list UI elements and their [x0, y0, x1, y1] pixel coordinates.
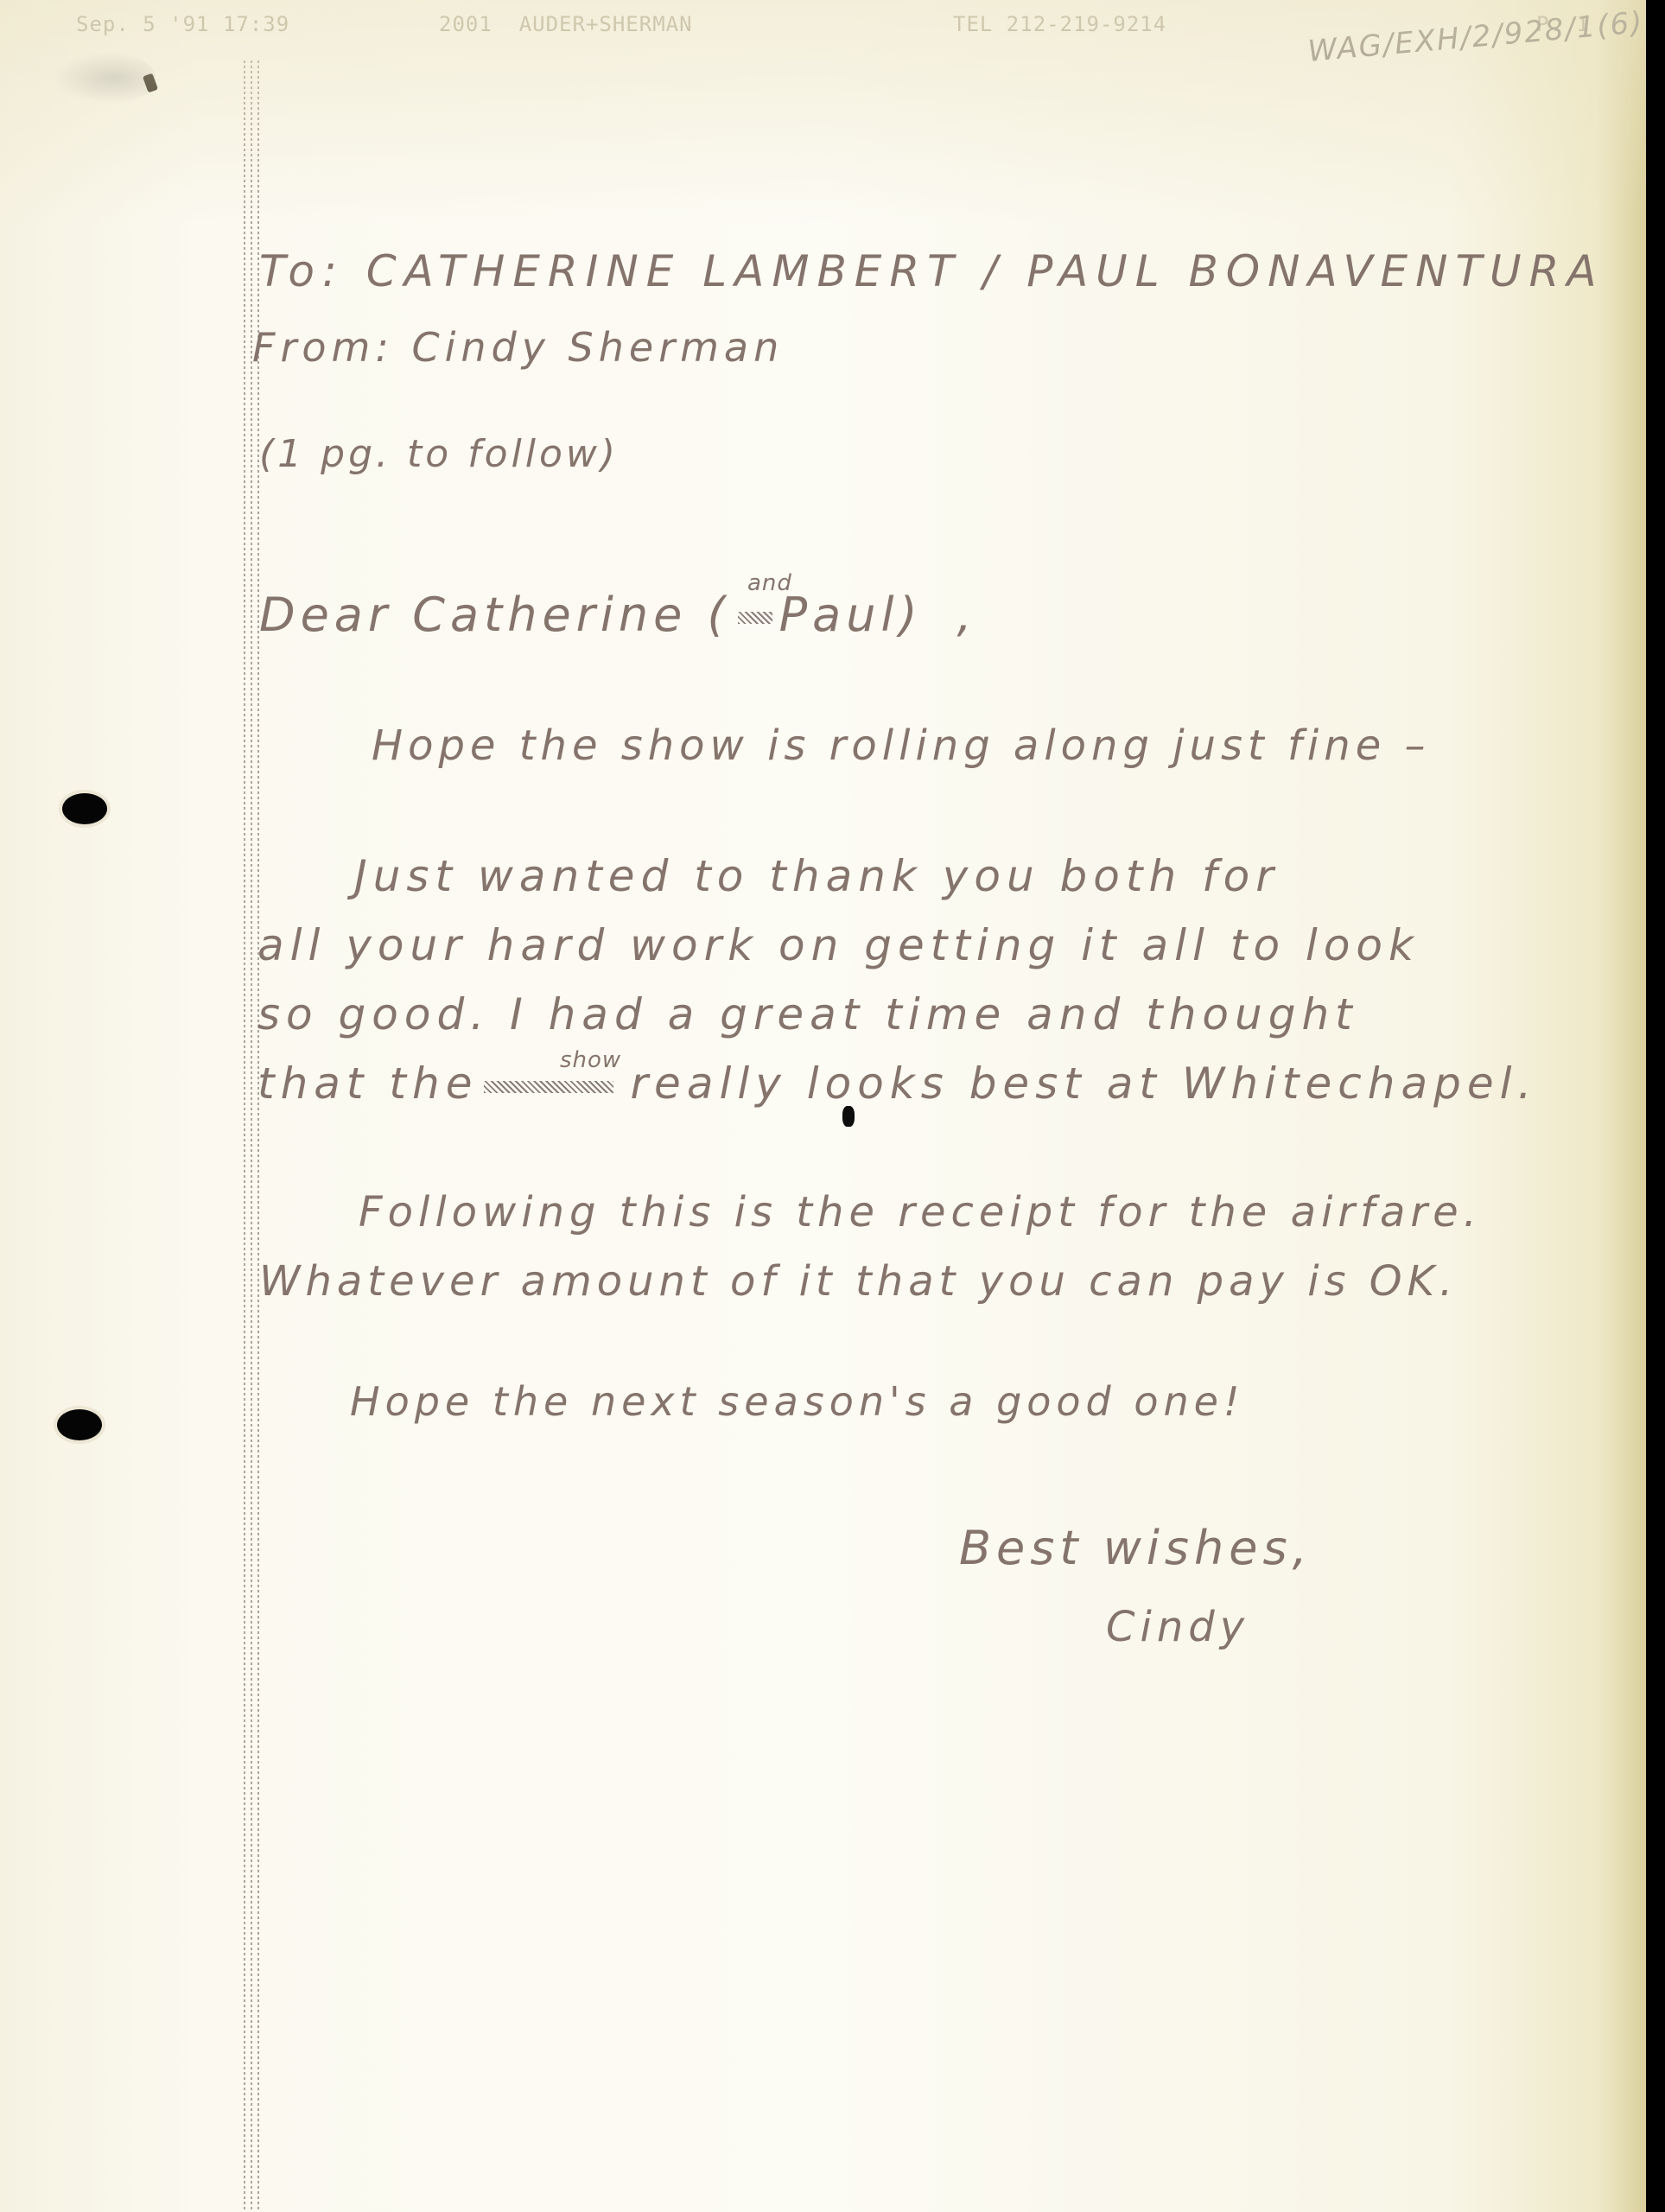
fax-telephone: TEL 212-219-9214: [953, 12, 1166, 36]
paragraph-2-line-1: Just wanted to thank you both for: [354, 851, 1280, 901]
paragraph-2-line-3: so good. I had a great time and thought: [257, 989, 1358, 1039]
fax-datetime: Sep. 5 '91 17:39: [76, 12, 289, 36]
punch-hole: [57, 1409, 102, 1440]
paragraph-2-line-2: all your hard work on getting it all to …: [257, 920, 1420, 970]
struck-out-word: [738, 612, 772, 624]
inserted-word-and: and: [747, 570, 792, 596]
salutation-comma: ,: [957, 588, 977, 642]
salutation: Dear Catherine (Paul),: [259, 588, 977, 642]
fax-sender-id: 2001 AUDER+SHERMAN: [439, 12, 693, 36]
salutation-name: Paul): [779, 588, 923, 642]
line-text: really looks best at Whitechapel.: [631, 1058, 1538, 1109]
paper-smudge: [52, 52, 156, 104]
pages-to-follow-note: (1 pg. to follow): [259, 432, 619, 476]
line-text: that the: [257, 1058, 479, 1109]
ink-blot: [842, 1106, 855, 1127]
margin-rule: [244, 60, 245, 2212]
closing: Best wishes,: [959, 1521, 1312, 1575]
paragraph-1: Hope the show is rolling along just fine…: [372, 721, 1430, 770]
paragraph-4: Hope the next season's a good one!: [350, 1378, 1244, 1425]
fax-page: Sep. 5 '91 17:39 2001 AUDER+SHERMAN TEL …: [0, 0, 1646, 2212]
paragraph-2-line-4: that thereally looks best at Whitechapel…: [257, 1058, 1537, 1109]
paragraph-3-line-2: Whatever amount of it that you can pay i…: [259, 1257, 1458, 1306]
inserted-word-show: show: [560, 1047, 621, 1073]
signature: Cindy: [1106, 1603, 1249, 1651]
margin-rule: [257, 60, 259, 2212]
salutation-text: Dear Catherine (: [259, 588, 731, 642]
sender-line: From: Cindy Sherman: [252, 324, 784, 371]
struck-out-word: [484, 1081, 613, 1093]
paragraph-3-line-1: Following this is the receipt for the ai…: [359, 1188, 1482, 1236]
punch-hole: [62, 793, 107, 824]
recipient-line: To: CATHERINE LAMBERT / PAUL BONAVENTURA: [259, 246, 1605, 296]
margin-rule: [251, 60, 252, 2212]
